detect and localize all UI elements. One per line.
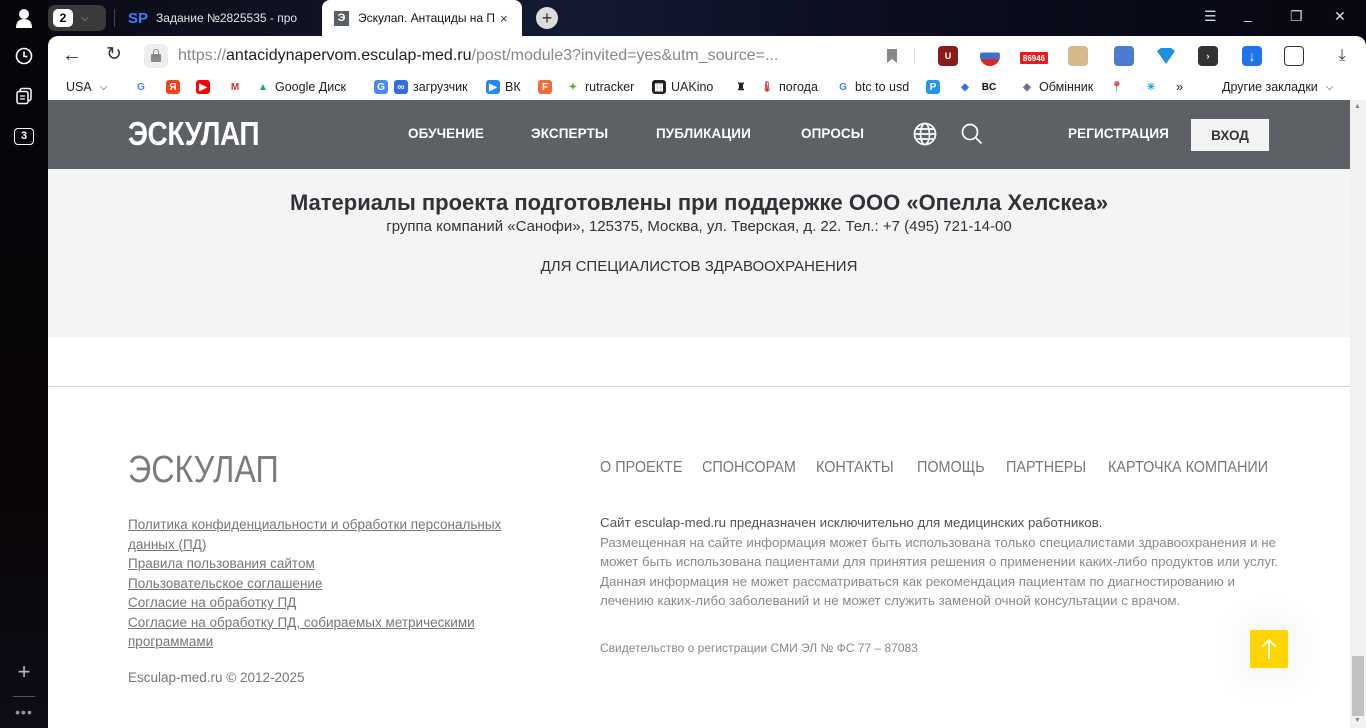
bookmark-item[interactable]: ▲Google Диск [256,80,346,94]
bookmark-favicon-icon: ▶ [196,80,210,94]
tab-count-button[interactable]: 2 ⌵ [48,5,106,31]
bookmark-label: rutracker [585,80,634,94]
bookmark-item[interactable]: ▶ВК [486,80,521,94]
bookmark-label: Google Диск [275,80,346,94]
bookmark-item[interactable]: USA⌵ [66,80,107,94]
bookmark-label: ВК [505,80,521,94]
footer-nav-company-card[interactable]: КАРТОЧКА КОМПАНИИ [1108,459,1268,477]
bookmarks-bar: Другие закладки ⌵ USA⌵GЯ▶M▲Google ДискG∞… [48,76,1366,100]
page-scrollbar[interactable]: ▲ ▼ [1350,100,1366,728]
bookmark-label: погода [779,80,818,94]
bookmark-item[interactable]: ▦UAKino [652,80,713,94]
ublock-extension-icon[interactable]: U [938,46,958,66]
site-rules-link[interactable]: Правила пользования сайтом [128,554,528,574]
scrollbar-thumb[interactable] [1352,656,1364,716]
bookmark-item[interactable]: » [1176,80,1183,94]
sp-favicon-icon: SP [128,10,148,27]
bookmark-favicon-icon: Я [166,80,180,94]
sponsor-title: Материалы проекта подготовлены при подде… [48,190,1350,216]
bookmark-item[interactable]: ▶ [196,80,215,94]
footer-nav-help[interactable]: ПОМОЩЬ [917,459,985,477]
nav-experts[interactable]: ЭКСПЕРТЫ [531,126,608,141]
footer-divider [48,386,1350,387]
bookmark-favicon-icon: ◈ [1020,80,1034,94]
bookmark-favicon-icon: P [926,80,940,94]
more-icon[interactable]: ••• [12,700,36,724]
tab-esculap[interactable]: Э Эскулап. Антациды на П × [322,0,522,36]
bookmark-favicon-icon: ♜ [734,80,748,94]
bookmark-favicon-icon: G [134,80,148,94]
scroll-up-arrow-icon[interactable]: ▲ [1354,103,1361,110]
face-extension-icon[interactable] [1068,46,1088,66]
bookmark-label: USA [66,80,92,94]
browser-sidebar: 3 + ••• [0,0,48,728]
bookmark-item[interactable]: 📍 [1110,80,1129,94]
bookmark-item[interactable]: ◆ [958,80,977,94]
footer-nav-contacts[interactable]: КОНТАКТЫ [816,459,894,477]
restore-button[interactable]: ❐ [1290,8,1303,25]
bookmark-favicon-icon: G [836,80,850,94]
downloads-icon[interactable]: ⤓ [1332,46,1352,66]
address-bar: ← ↻ https://antacidynapervom.esculap-med… [48,36,1366,76]
site-header: ЭСКУЛАП ОБУЧЕНИЕ ЭКСПЕРТЫ ПУБЛИКАЦИИ ОПР… [48,100,1350,169]
bookmark-favicon-icon: ▲ [256,80,270,94]
arrow-up-icon [1260,638,1278,660]
add-icon[interactable]: + [12,660,36,684]
download-extension-icon[interactable]: ↓ [1242,46,1262,66]
footer-nav-partners[interactable]: ПАРТНЕРЫ [1006,459,1086,477]
minimize-button[interactable]: _ [1244,6,1252,22]
login-button[interactable]: ВХОД [1191,119,1269,151]
disclaimer: Сайт esculap-med.ru предназначен исключи… [600,513,1280,611]
bookmark-item[interactable]: ∞загрузчик [394,80,468,94]
page-viewport: ЭСКУЛАП ОБУЧЕНИЕ ЭКСПЕРТЫ ПУБЛИКАЦИИ ОПР… [48,100,1350,728]
bookmark-item[interactable]: ✳ [1144,80,1163,94]
footer-nav-about[interactable]: О ПРОЕКТЕ [600,459,682,477]
registration-certificate: Свидетельство о регистрации СМИ ЭЛ № ФС … [600,641,918,655]
bookmark-favicon-icon: ◆ [958,80,972,94]
bookmark-favicon-icon: G [374,80,388,94]
tab-bar: 2 ⌵ SP Задание №2825535 - про Э Эскулап.… [48,0,1366,36]
reload-icon[interactable]: ↻ [106,45,122,64]
nav-polls[interactable]: ОПРОСЫ [801,126,864,141]
url-field[interactable]: https://antacidynapervom.esculap-med.ru/… [178,47,778,65]
scroll-to-top-button[interactable] [1250,630,1288,668]
audience-label: ДЛЯ СПЕЦИАЛИСТОВ ЗДРАВООХРАНЕНИЯ [48,258,1350,275]
chevron-down-icon: ⌵ [1326,82,1334,93]
close-tab-icon[interactable]: × [500,11,508,26]
new-tab-button[interactable]: + [536,7,558,29]
bookmark-favicon-icon: ✳ [1144,80,1158,94]
bookmark-item[interactable]: G [374,80,393,94]
bookmark-item[interactable]: BC [982,80,1001,94]
bookmark-item[interactable]: 🌡погода [760,80,818,94]
chevron-down-icon: ⌵ [100,82,108,93]
bookmark-item[interactable]: ◈Обмінник [1020,80,1093,94]
other-bookmarks-folder[interactable]: Другие закладки ⌵ [1222,80,1333,94]
privacy-policy-link[interactable]: Политика конфиденциальности и обработки … [128,515,528,554]
footer-nav-sponsors[interactable]: СПОНСОРАМ [702,459,796,477]
bookmark-item[interactable]: Gbtc to usd [836,80,909,94]
bookmark-favicon-icon: ▶ [486,80,500,94]
profile-icon[interactable] [12,6,36,30]
bookmark-label: Обмінник [1039,80,1093,94]
bookmark-favicon-icon: F [538,80,552,94]
bookmark-label: » [1176,80,1183,94]
sidebar-divider [13,696,35,697]
tab-separator [114,9,115,27]
register-link[interactable]: РЕГИСТРАЦИЯ [1068,126,1169,141]
browser-window: 3 + ••• 2 ⌵ SP Задание №2825535 - про Э … [0,0,1366,728]
bookmark-label: btc to usd [855,80,909,94]
tabs-extension-icon[interactable] [1114,46,1134,66]
clipboard-extension-icon[interactable] [1284,46,1304,66]
bookmark-favicon-icon: 🌡 [760,80,774,94]
metrics-consent-link[interactable]: Согласие на обработку ПД, собираемых мет… [128,613,528,652]
bookmark-item[interactable]: ✦rutracker [566,80,634,94]
esculap-favicon-icon: Э [334,11,349,26]
toolbar-divider [914,48,915,64]
user-agreement-link[interactable]: Пользовательское соглашение [128,574,528,594]
diamond-extension-icon[interactable] [1156,46,1176,66]
counter-extension-icon[interactable]: 86946 [1020,52,1048,64]
bookmark-label: UAKino [671,80,713,94]
bookmark-item[interactable]: F [538,80,557,94]
sponsor-block: Материалы проекта подготовлены при подде… [48,169,1350,337]
scroll-down-arrow-icon[interactable]: ▼ [1354,717,1361,724]
disclaimer-lead: Сайт esculap-med.ru предназначен исключи… [600,513,1280,533]
dark-extension-icon[interactable]: › [1198,46,1218,66]
footer-legal-links: Политика конфиденциальности и обработки … [128,515,528,652]
tab-task[interactable]: SP Задание №2825535 - про [128,0,320,36]
tab-group-badge[interactable]: 3 [12,124,36,148]
close-window-button[interactable]: ✕ [1334,8,1346,25]
bookmark-label: загрузчик [413,80,468,94]
bookmark-item[interactable]: M [228,80,247,94]
menu-icon[interactable]: ☰ [1204,8,1217,25]
nav-learning[interactable]: ОБУЧЕНИЕ [408,126,484,141]
bookmark-favicon-icon: ✦ [566,80,580,94]
bookmark-favicon-icon: ∞ [394,80,408,94]
back-arrow-icon[interactable]: ← [62,45,82,65]
data-consent-link[interactable]: Согласие на обработку ПД [128,593,528,613]
search-icon[interactable] [960,122,984,151]
bookmark-favicon-icon: BC [982,80,996,94]
copyright: Esculap-med.ru © 2012-2025 [128,670,305,685]
collections-icon[interactable] [12,84,36,108]
bookmark-favicon-icon: M [228,80,242,94]
footer-logo[interactable]: ЭСКУЛАП [128,449,279,492]
site-logo[interactable]: ЭСКУЛАП [128,115,259,153]
bookmark-item[interactable]: P [926,80,945,94]
bookmark-item[interactable]: ♜ [734,80,753,94]
vpn-extension-icon[interactable] [980,46,1000,66]
bookmark-favicon-icon: 📍 [1110,80,1124,94]
disclaimer-text: Размещенная на сайте информация может бы… [600,533,1280,611]
nav-publications[interactable]: ПУБЛИКАЦИИ [656,126,751,141]
bookmark-item[interactable]: G [134,80,153,94]
bookmark-icon[interactable] [886,46,898,66]
lock-icon[interactable] [144,44,168,68]
bookmark-favicon-icon: ▦ [652,80,666,94]
sponsor-address: группа компаний «Санофи», 125375, Москва… [48,218,1350,235]
chevron-down-icon: ⌵ [81,13,89,24]
history-icon[interactable] [12,44,36,68]
bookmark-item[interactable]: Я [166,80,185,94]
globe-icon[interactable] [913,122,937,151]
